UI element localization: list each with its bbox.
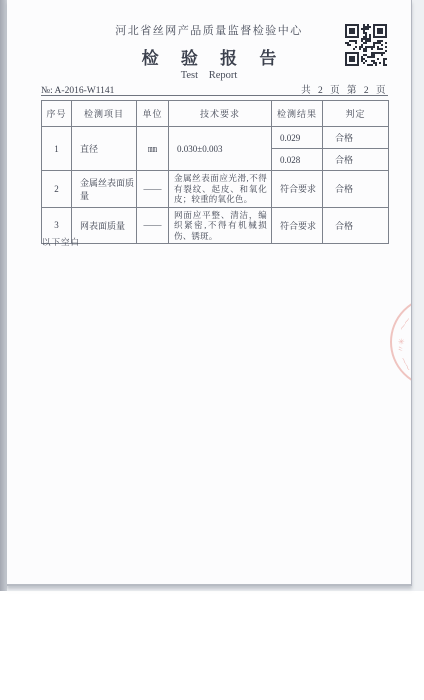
report-subtitle-en: Test Report: [7, 70, 411, 81]
table-row-1a: 1 直径 ㎜ 0.030±0.003 0.029 合格: [42, 127, 389, 149]
end-of-content-note: 以下空白: [42, 236, 80, 248]
row1-result-bottom: 0.028: [272, 149, 323, 171]
row3-item: 网表面质量: [72, 207, 137, 244]
col-header-no: 序号: [42, 101, 72, 127]
red-seal-fragment: ⁓⁓ 〃✳ ⁓⁓: [390, 296, 412, 388]
report-meta-row: №: A-2016-W1141 共 2 页 第 2 页: [41, 82, 388, 96]
col-header-item: 检测项目: [72, 101, 137, 127]
table-header-row: 序号 检测项目 单位 技术要求 检测结果 判定: [42, 101, 389, 127]
scan-binding-edge: [0, 0, 7, 591]
row3-unit: ——: [137, 207, 169, 244]
row2-requirement: 金属丝表面应光滑,不得有裂纹、起皮、和氧化皮；较重的氧化色。: [169, 171, 272, 208]
col-header-requirement: 技术要求: [169, 101, 272, 127]
table-row-3: 3 网表面质量 —— 网面应平整、清洁，编织紧密,不得有机械损伤、锈斑。 符合要…: [42, 207, 389, 244]
row1-result-top: 0.029: [272, 127, 323, 149]
row3-verdict: 合格: [323, 207, 389, 244]
row1-verdict-bottom: 合格: [323, 149, 389, 171]
seal-mark: 〃✳: [395, 338, 407, 354]
seal-mark: ⁓⁓: [398, 316, 412, 332]
row1-no: 1: [42, 127, 72, 171]
row2-verdict: 合格: [323, 171, 389, 208]
row1-item: 直径: [72, 127, 137, 171]
col-header-result: 检测结果: [272, 101, 323, 127]
header-divider-line: [41, 95, 388, 96]
col-header-unit: 单位: [137, 101, 169, 127]
col-header-verdict: 判定: [323, 101, 389, 127]
row2-no: 2: [42, 171, 72, 208]
seal-mark: ⁓⁓: [399, 356, 412, 372]
results-table: 序号 检测项目 单位 技术要求 检测结果 判定 1 直径 ㎜ 0.030±0.0…: [41, 100, 389, 244]
qr-code-icon: [345, 24, 387, 66]
row1-requirement: 0.030±0.003: [169, 127, 272, 171]
report-page: 河北省丝网产品质量监督检验中心 检 验 报 告 Test Report №: A…: [7, 0, 412, 586]
row2-result: 符合要求: [272, 171, 323, 208]
row2-item: 金属丝表面质量: [72, 171, 137, 208]
page-count: 共 2 页 第 2 页: [301, 82, 388, 96]
row1-unit: ㎜: [137, 127, 169, 171]
row3-result: 符合要求: [272, 207, 323, 244]
table-row-2: 2 金属丝表面质量 —— 金属丝表面应光滑,不得有裂纹、起皮、和氧化皮；较重的氧…: [42, 171, 389, 208]
row1-verdict-top: 合格: [323, 127, 389, 149]
row3-requirement: 网面应平整、清洁，编织紧密,不得有机械损伤、锈斑。: [169, 207, 272, 244]
row2-unit: ——: [137, 171, 169, 208]
